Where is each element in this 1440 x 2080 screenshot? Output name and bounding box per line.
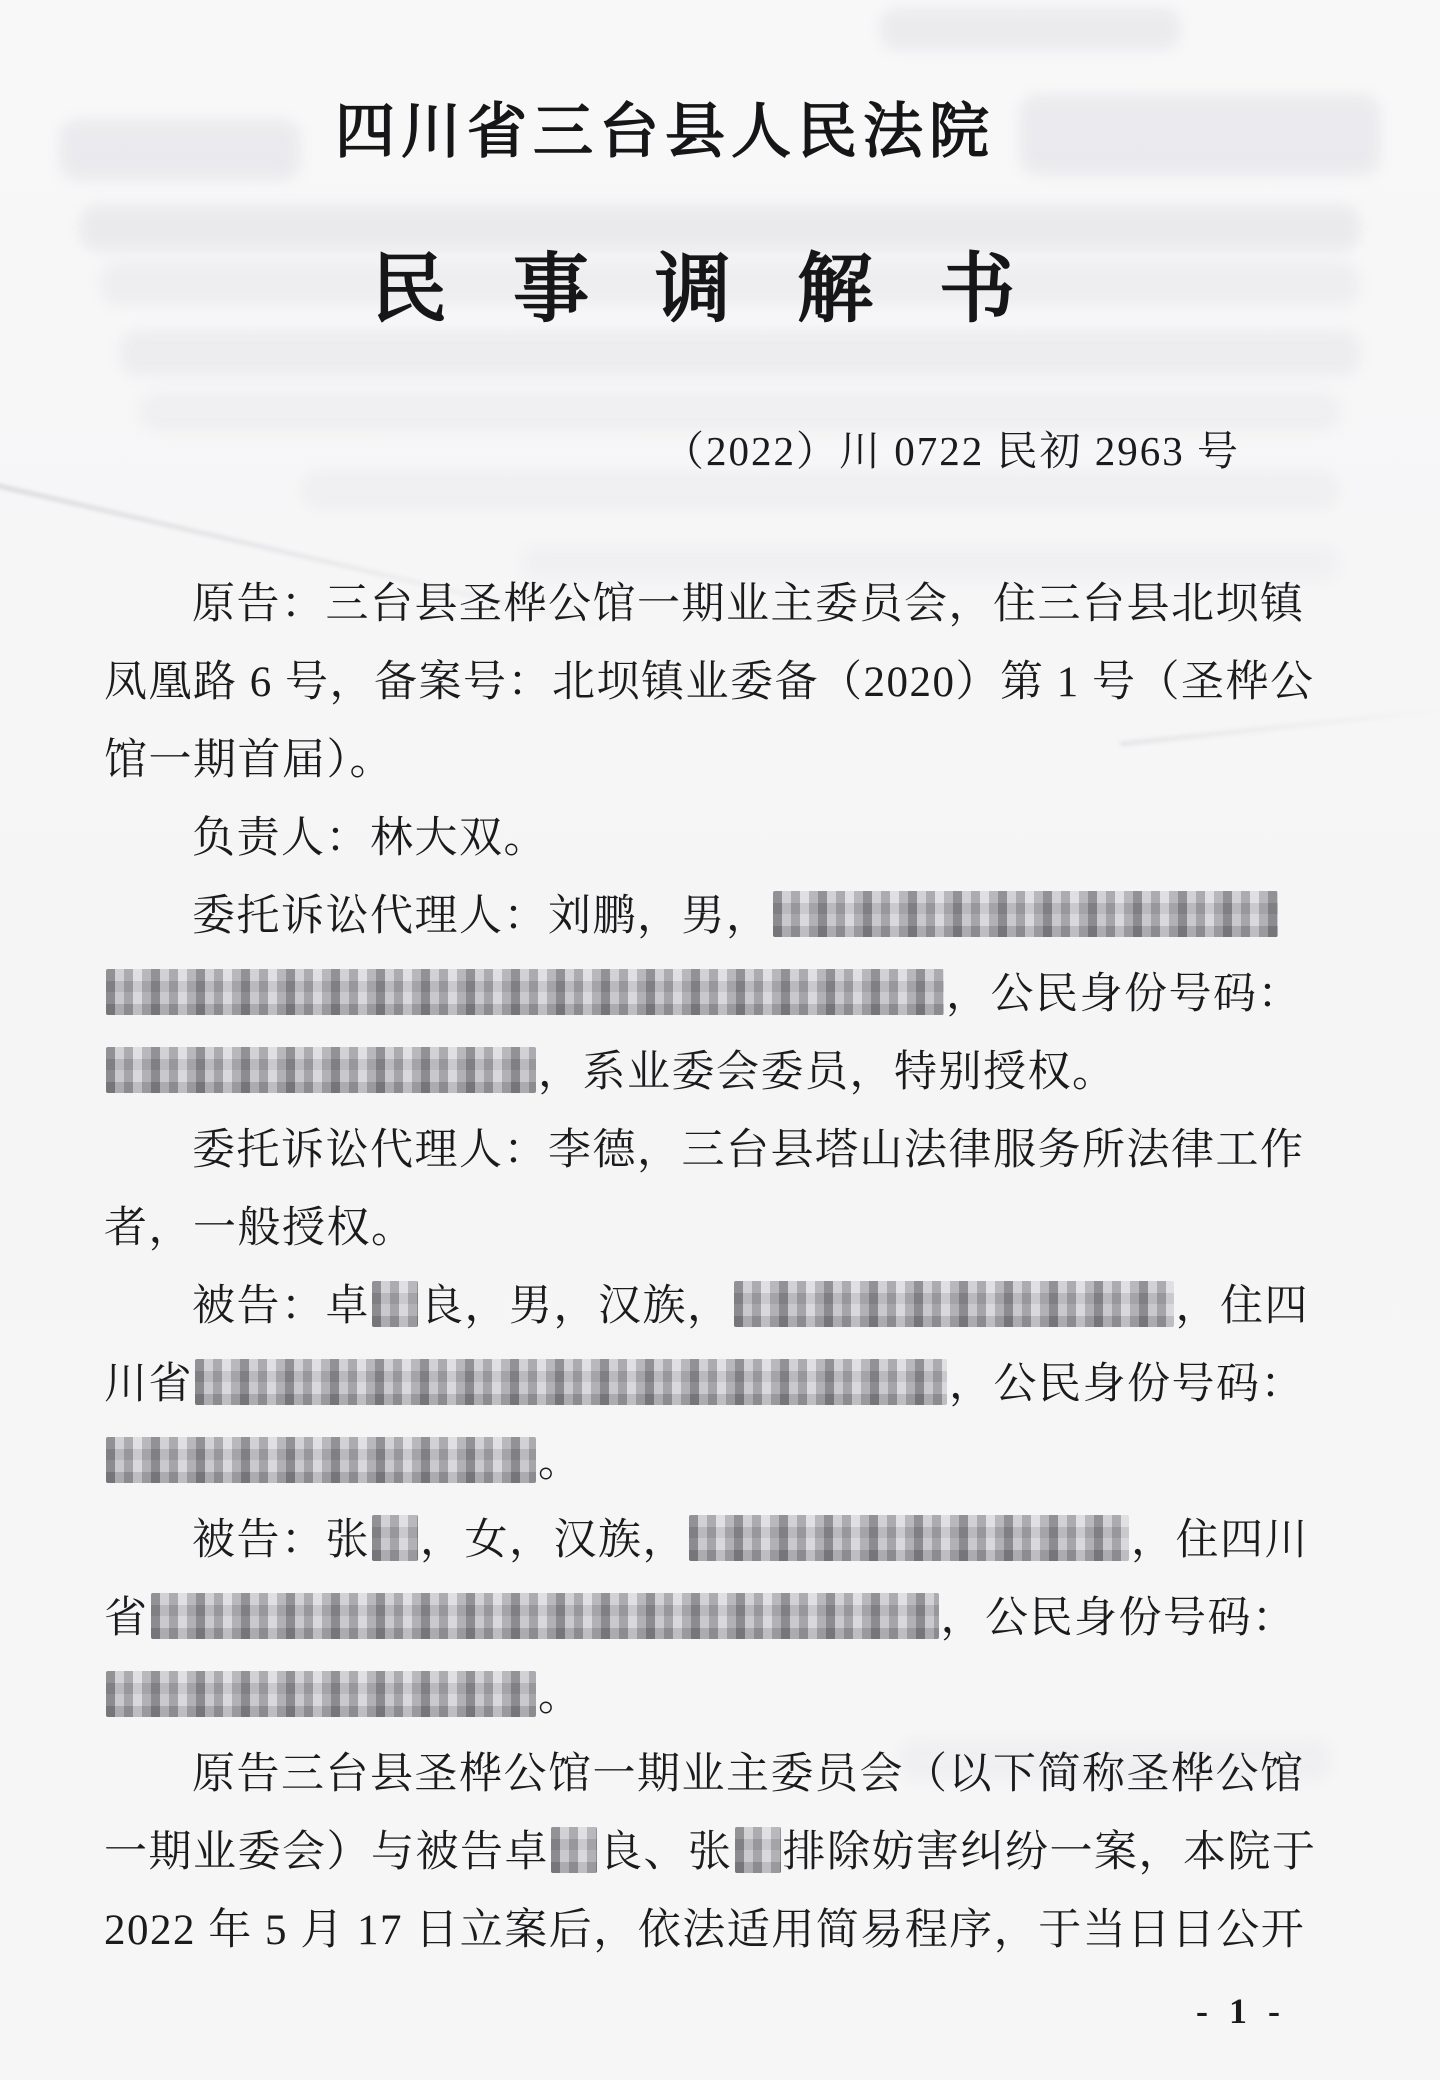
doc-line: 川省，公民身份号码：: [104, 1346, 1344, 1424]
line-text: ，女，汉族，: [420, 1517, 687, 1564]
line-text: ，公民身份号码：: [949, 1361, 1305, 1408]
line-text: 2022 年 5 月 17 日立案后，依法适用简易程序，于当日日公开: [104, 1907, 1305, 1954]
doc-line: 者，一般授权。: [104, 1190, 1344, 1268]
line-text: 原告三台县圣桦公馆一期业主委员会（以下简称圣桦公馆: [192, 1751, 1305, 1798]
doc-line: 被告：卓良，男，汉族，，住四: [104, 1268, 1344, 1346]
line-text: 被告：张: [192, 1517, 370, 1564]
redacted-text: [735, 1827, 781, 1873]
line-text: ，系业委会委员，特别授权。: [538, 1049, 1117, 1096]
redacted-text: [106, 1047, 536, 1093]
redacted-text: [689, 1515, 1129, 1561]
doc-line: ，公民身份号码：: [104, 956, 1344, 1034]
line-text: ，住四: [1176, 1283, 1310, 1330]
redacted-text: [773, 891, 1278, 937]
line-text: 者，一般授权。: [104, 1205, 416, 1252]
doc-line: 馆一期首届）。: [104, 722, 1344, 800]
case-number: （2022）川 0722 民初 2963 号: [663, 418, 1240, 477]
line-text: 凤凰路 6 号，备案号：北坝镇业委备（2020）第 1 号（圣桦公: [104, 659, 1315, 706]
line-text: 负责人：林大双。: [192, 815, 548, 862]
redacted-text: [551, 1827, 597, 1873]
doc-line: 负责人：林大双。: [104, 800, 1344, 878]
redacted-text: [372, 1281, 418, 1327]
redacted-text: [195, 1359, 947, 1405]
document-type-title: 民事调解书: [0, 228, 1386, 337]
doc-line: 凤凰路 6 号，备案号：北坝镇业委备（2020）第 1 号（圣桦公: [104, 644, 1344, 722]
doc-line: 委托诉讼代理人：李德，三台县塔山法律服务所法律工作: [104, 1112, 1344, 1190]
redacted-text: [106, 1671, 536, 1717]
line-text: ，公民身份号码：: [946, 971, 1302, 1018]
line-text: 委托诉讼代理人：刘鹏，男，: [192, 893, 771, 940]
line-text: 被告：卓: [192, 1283, 370, 1330]
line-text: 。: [538, 1439, 583, 1486]
doc-line: 。: [104, 1424, 1344, 1502]
redacted-text: [151, 1593, 939, 1639]
line-text: 委托诉讼代理人：李德，三台县塔山法律服务所法律工作: [192, 1127, 1305, 1174]
document-body: 原告：三台县圣桦公馆一期业主委员会，住三台县北坝镇 凤凰路 6 号，备案号：北坝…: [104, 566, 1344, 1970]
redacted-text: [106, 969, 944, 1015]
doc-line: 一期业委会）与被告卓良、张排除妨害纠纷一案，本院于: [104, 1814, 1344, 1892]
doc-line: ，系业委会委员，特别授权。: [104, 1034, 1344, 1112]
paper-smudge: [880, 8, 1180, 50]
redacted-text: [106, 1437, 536, 1483]
line-text: ，住四川: [1131, 1517, 1309, 1564]
line-text: 省: [104, 1595, 149, 1642]
line-text: 原告：三台县圣桦公馆一期业主委员会，住三台县北坝镇: [192, 581, 1305, 628]
doc-line: 原告：三台县圣桦公馆一期业主委员会，住三台县北坝镇: [104, 566, 1344, 644]
doc-line: 省，公民身份号码：: [104, 1580, 1344, 1658]
scanned-document-page: 四川省三台县人民法院 民事调解书 （2022）川 0722 民初 2963 号 …: [0, 0, 1440, 2080]
line-text: 一期业委会）与被告卓: [104, 1829, 549, 1876]
doc-line: 被告：张，女，汉族，，住四川: [104, 1502, 1344, 1580]
redacted-text: [372, 1515, 418, 1561]
court-name: 四川省三台县人民法院: [0, 84, 1330, 170]
redacted-text: [734, 1281, 1174, 1327]
doc-line: 2022 年 5 月 17 日立案后，依法适用简易程序，于当日日公开: [104, 1892, 1344, 1970]
doc-line: 原告三台县圣桦公馆一期业主委员会（以下简称圣桦公馆: [104, 1736, 1344, 1814]
page-number: - 1 -: [1196, 1990, 1286, 2032]
line-text: 。: [538, 1673, 583, 1720]
doc-line: 。: [104, 1658, 1344, 1736]
doc-line: 委托诉讼代理人：刘鹏，男，: [104, 878, 1344, 956]
line-text: 良，男，汉族，: [420, 1283, 732, 1330]
line-text: 良、张: [599, 1829, 733, 1876]
line-text: 排除妨害纠纷一案，本院于: [783, 1829, 1317, 1876]
line-text: ，公民身份号码：: [941, 1595, 1297, 1642]
line-text: 馆一期首届）。: [104, 737, 394, 784]
line-text: 川省: [104, 1361, 193, 1408]
